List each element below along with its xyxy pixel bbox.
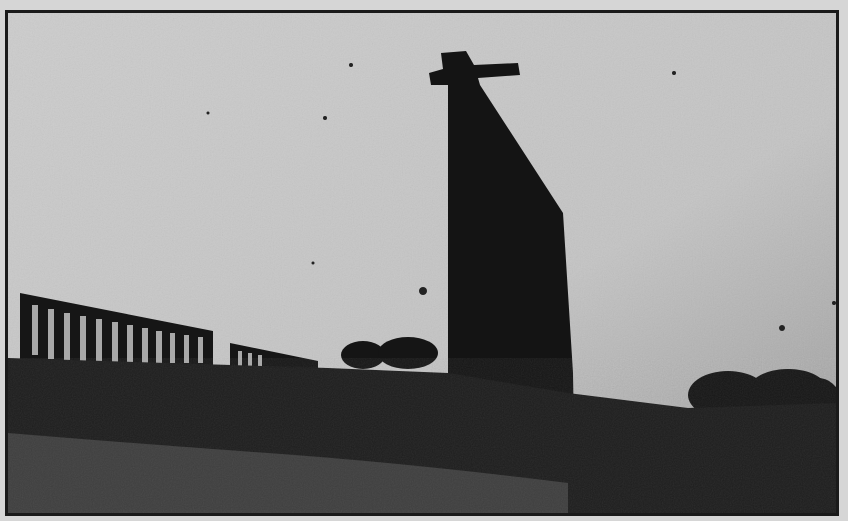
photo-frame — [5, 10, 839, 516]
photograph — [8, 13, 836, 513]
